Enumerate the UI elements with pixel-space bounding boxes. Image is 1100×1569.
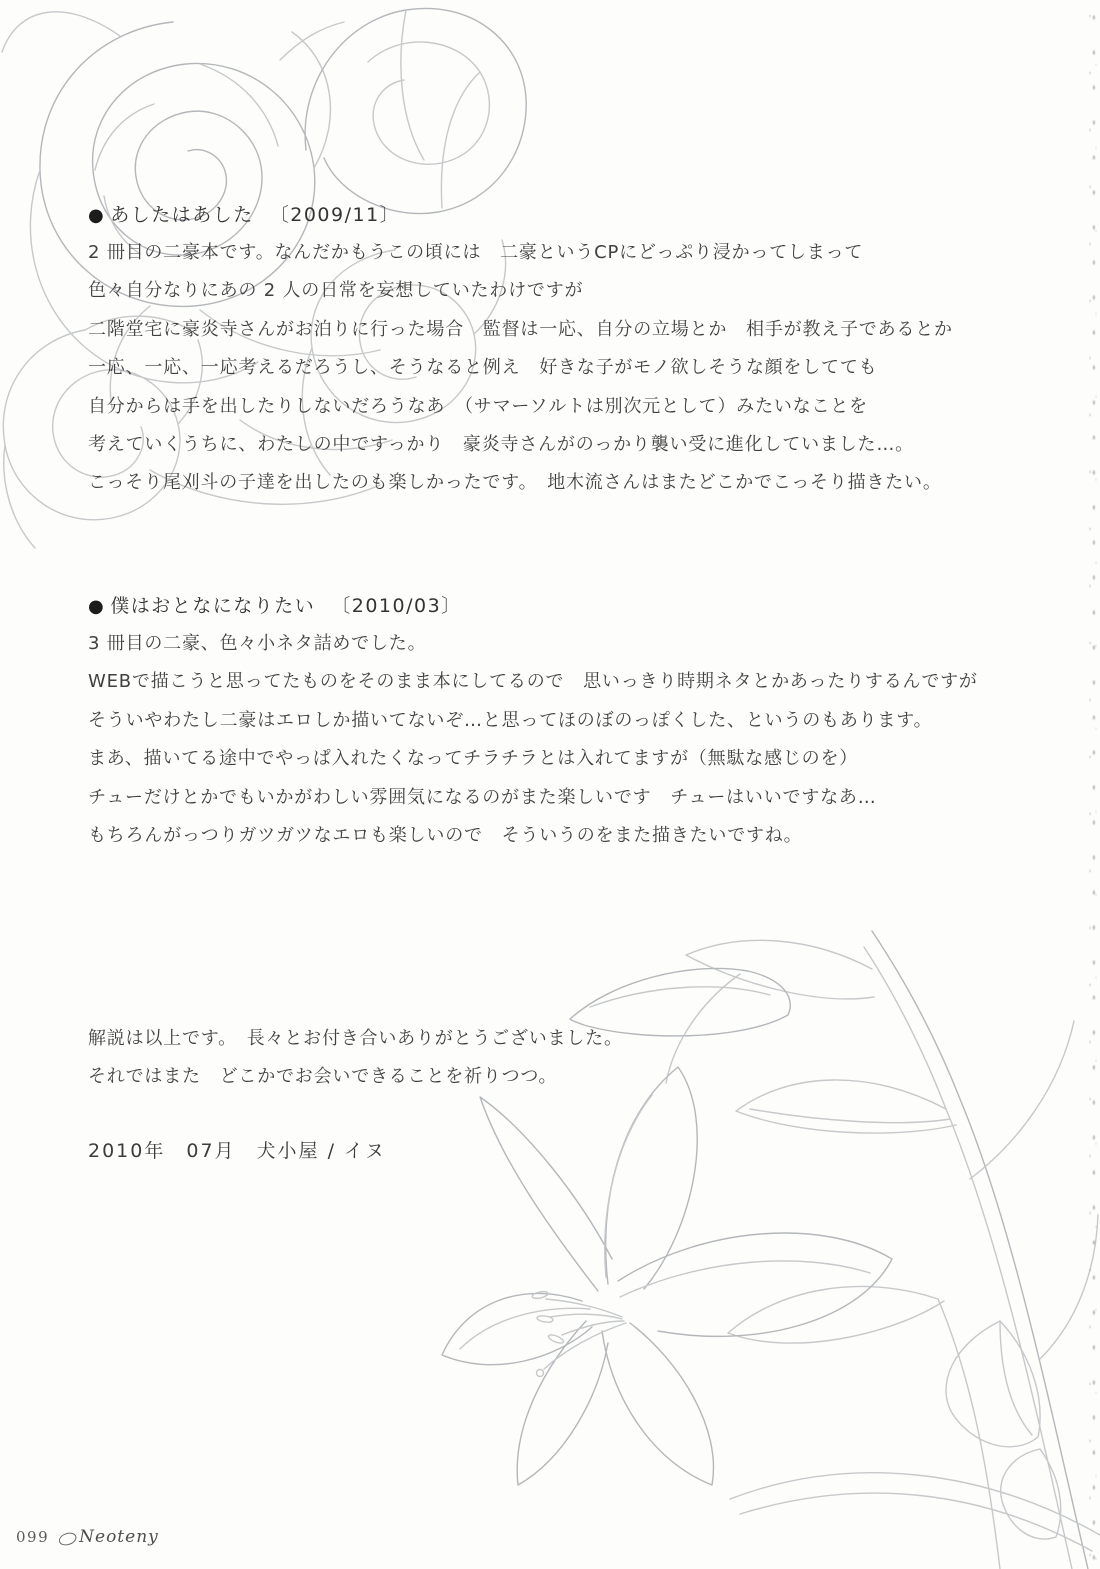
section-1-line: 一応、一応、一応考えるだろうし、そうなると例え 好きな子がモノ欲しそうな顔をして… (88, 349, 953, 387)
section-2-line: チューだけとかでもいかがわしい雰囲気になるのがまた楽しいです チューはいいですな… (88, 779, 978, 817)
closing-line: それではまた どこかでお会いできることを祈りつつ。 (88, 1058, 623, 1096)
bullet-icon: ● (88, 205, 105, 226)
section-2-title-text: 僕はおとなになりたい (110, 595, 315, 617)
scan-edge-artifact (1084, 0, 1100, 1569)
section-1-line: 2 冊目の二豪本です。なんだかもうこの頃には 二豪というCPにどっぷり浸かってし… (88, 234, 953, 272)
section-1-title-text: あしたはあした (110, 204, 254, 226)
section-2-line: 3 冊目の二豪、色々小ネタ詰めでした。 (88, 625, 978, 663)
circle-name: Neoteny (79, 1527, 159, 1547)
section-2-line: そういやわたし二豪はエロしか描いてないぞ…と思ってほのぼのっぽくした、というのも… (88, 702, 978, 740)
section-2-title: ●僕はおとなになりたい〔2010/03〕 (88, 588, 978, 625)
section-2-line: まあ、描いてる途中でやっぱ入れたくなってチラチラとは入れてますが（無駄な感じのを… (88, 740, 978, 778)
scanned-afterword-page: ●あしたはあした〔2009/11〕 2 冊目の二豪本です。なんだかもうこの頃には… (0, 0, 1100, 1569)
afterword-section-2: ●僕はおとなになりたい〔2010/03〕 3 冊目の二豪、色々小ネタ詰めでした。… (88, 588, 978, 855)
section-2-line: もちろんがっつりガツガツなエロも楽しいので そういうのをまた描きたいですね。 (88, 817, 978, 855)
section-1-line: こっそり尾刈斗の子達を出したのも楽しかったです。 地木流さんはまたどこかでこっそ… (88, 464, 953, 502)
section-2-line: WEBで描こうと思ってたものをそのまま本にしてるので 思いっきり時期ネタとかあっ… (88, 663, 978, 701)
signature-block: 2010年 07月 犬小屋 / イヌ (88, 1136, 386, 1166)
afterword-section-1: ●あしたはあした〔2009/11〕 2 冊目の二豪本です。なんだかもうこの頃には… (88, 197, 953, 503)
flourish-icon (57, 1531, 78, 1548)
signature-line: 2010年 07月 犬小屋 / イヌ (88, 1136, 386, 1166)
section-1-line: 色々自分なりにあの 2 人の日常を妄想していたわけですが (88, 272, 953, 310)
closing-remarks: 解説は以上です。 長々とお付き合いありがとうございました。 それではまた どこか… (88, 1020, 623, 1097)
section-1-title: ●あしたはあした〔2009/11〕 (88, 197, 953, 234)
page-number: 099 (16, 1528, 49, 1546)
section-1-line: 二階堂宅に豪炎寺さんがお泊りに行った場合 監督は一応、自分の立場とか 相手が教え… (88, 311, 953, 349)
section-1-line: 自分からは手を出したりしないだろうなあ （サマーソルトは別次元として）みたいなこ… (88, 388, 953, 426)
page-footer: 099 Neoteny (16, 1527, 159, 1553)
section-1-date: 〔2009/11〕 (270, 204, 400, 226)
section-2-date: 〔2010/03〕 (331, 595, 461, 617)
closing-line: 解説は以上です。 長々とお付き合いありがとうございました。 (88, 1020, 623, 1058)
section-1-line: 考えていくうちに、わたしの中ですっかり 豪炎寺さんがのっかり襲い受に進化していま… (88, 426, 953, 464)
bullet-icon: ● (88, 596, 105, 617)
